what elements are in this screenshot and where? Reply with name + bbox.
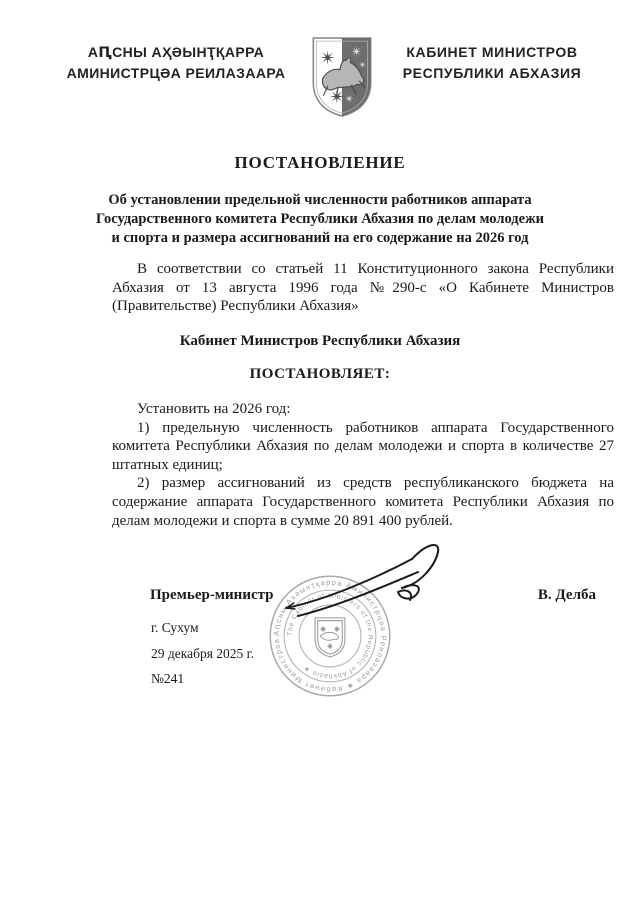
body-intro: Установить на 2026 год: — [112, 400, 614, 419]
star-bottom-right — [345, 94, 354, 103]
letterhead-russian: КАБИНЕТ МИНИСТРОВ РЕСПУБЛИКИ АБХАЗИЯ — [386, 42, 598, 84]
star-right-2 — [359, 61, 366, 68]
signer-position-title: Премьер-министр — [150, 587, 274, 604]
footer-city: г. Сухум — [151, 620, 199, 636]
resolution-body: Установить на 2026 год: 1) предельную чи… — [112, 400, 614, 530]
letterhead-abkhaz-line2: АМИНИСТРЦӘА РЕИЛАЗААРА — [56, 63, 296, 84]
letterhead-abkhaz-line1: АԤСНЫ АҲӘЫНҬҚАРРА — [56, 42, 296, 63]
star-top-right — [351, 46, 361, 56]
document-subject: Об установлении предельной численности р… — [70, 191, 570, 248]
resolution-item-2: 2) размер ассигнований из средств респуб… — [112, 474, 614, 530]
document-type-title: ПОСТАНОВЛЕНИЕ — [0, 153, 640, 173]
star-top-left — [320, 50, 334, 64]
subject-line: Об установлении предельной численности р… — [70, 191, 570, 210]
signer-name: В. Делба — [538, 587, 596, 604]
subject-line: и спорта и размера ассигнований на его с… — [70, 229, 570, 248]
letterhead-russian-line2: РЕСПУБЛИКИ АБХАЗИЯ — [386, 63, 598, 84]
abkhazia-coat-of-arms-icon — [310, 36, 374, 118]
resolution-item-1: 1) предельную численность работников апп… — [112, 419, 614, 475]
subject-line: Государственного комитета Республики Абх… — [70, 210, 570, 229]
signature-stroke-icon — [280, 536, 462, 632]
footer-document-number: №241 — [151, 671, 184, 687]
resolution-word: ПОСТАНОВЛЯЕТ: — [0, 366, 640, 383]
letterhead-abkhaz: АԤСНЫ АҲӘЫНҬҚАРРА АМИНИСТРЦӘА РЕИЛАЗААРА — [56, 42, 296, 84]
letterhead-russian-line1: КАБИНЕТ МИНИСТРОВ — [386, 42, 598, 63]
decree-document-page: АԤСНЫ АҲӘЫНҬҚАРРА АМИНИСТРЦӘА РЕИЛАЗААРА… — [0, 0, 640, 905]
preamble-paragraph: В соответствии со статьей 11 Конституцио… — [112, 260, 614, 316]
footer-date: 29 декабря 2025 г. — [151, 646, 254, 662]
issuing-authority: Кабинет Министров Республики Абхазия — [0, 333, 640, 350]
